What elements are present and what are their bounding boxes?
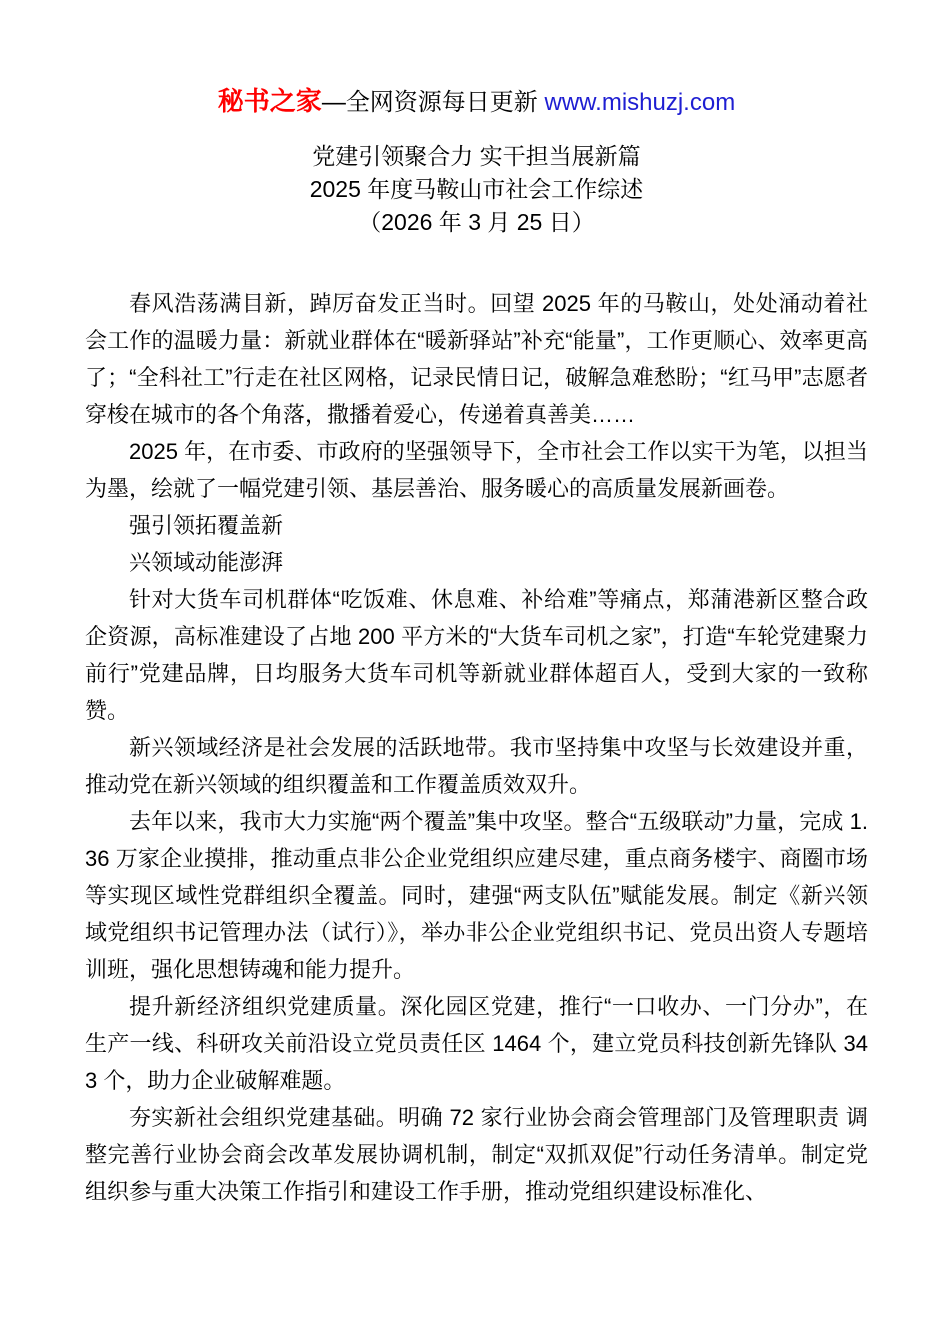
paragraph-two-coverages: 去年以来，我市大力实施“两个覆盖”集中攻坚。整合“五级联动”力量，完成 1.36… xyxy=(85,803,868,988)
doc-title-line2: 2025 年度马鞍山市社会工作综述 xyxy=(85,173,868,206)
site-header: 秘书之家—全网资源每日更新 www.mishuzj.com xyxy=(85,86,868,118)
document-body: 春风浩荡满目新，踔厉奋发正当时。回望 2025 年的马鞍山，处处涌动着社会工作的… xyxy=(85,285,868,1210)
site-url-link[interactable]: www.mishuzj.com xyxy=(544,89,735,116)
doc-date-line: （2026 年 3 月 25 日） xyxy=(85,206,868,239)
section-heading-line2: 兴领域动能澎湃 xyxy=(85,544,868,581)
title-block: 党建引领聚合力 实干担当展新篇 2025 年度马鞍山市社会工作综述 （2026 … xyxy=(85,140,868,239)
site-brand-text: 秘书之家 xyxy=(218,86,322,116)
header-dash: — xyxy=(322,89,346,116)
paragraph-intro: 春风浩荡满目新，踔厉奋发正当时。回望 2025 年的马鞍山，处处涌动着社会工作的… xyxy=(85,285,868,433)
document-page: 秘书之家—全网资源每日更新 www.mishuzj.com 党建引领聚合力 实干… xyxy=(0,0,950,1344)
paragraph-truck-drivers: 针对大货车司机群体“吃饭难、休息难、补给难”等痛点，郑蒲港新区整合政企资源，高标… xyxy=(85,581,868,729)
section-heading-line1: 强引领拓覆盖新 xyxy=(85,507,868,544)
doc-title-line1: 党建引领聚合力 实干担当展新篇 xyxy=(85,140,868,173)
paragraph-social-orgs: 夯实新社会组织党建基础。明确 72 家行业协会商会管理部门及管理职责 调整完善行… xyxy=(85,1099,868,1210)
paragraph-overview: 2025 年，在市委、市政府的坚强领导下，全市社会工作以实干为笔，以担当为墨，绘… xyxy=(85,433,868,507)
paragraph-new-economy: 提升新经济组织党建质量。深化园区党建，推行“一口收办、一门分办”，在生产一线、科… xyxy=(85,988,868,1099)
site-tagline: 全网资源每日更新 xyxy=(346,89,545,116)
paragraph-new-sectors: 新兴领域经济是社会发展的活跃地带。我市坚持集中攻坚与长效建设并重，推动党在新兴领… xyxy=(85,729,868,803)
